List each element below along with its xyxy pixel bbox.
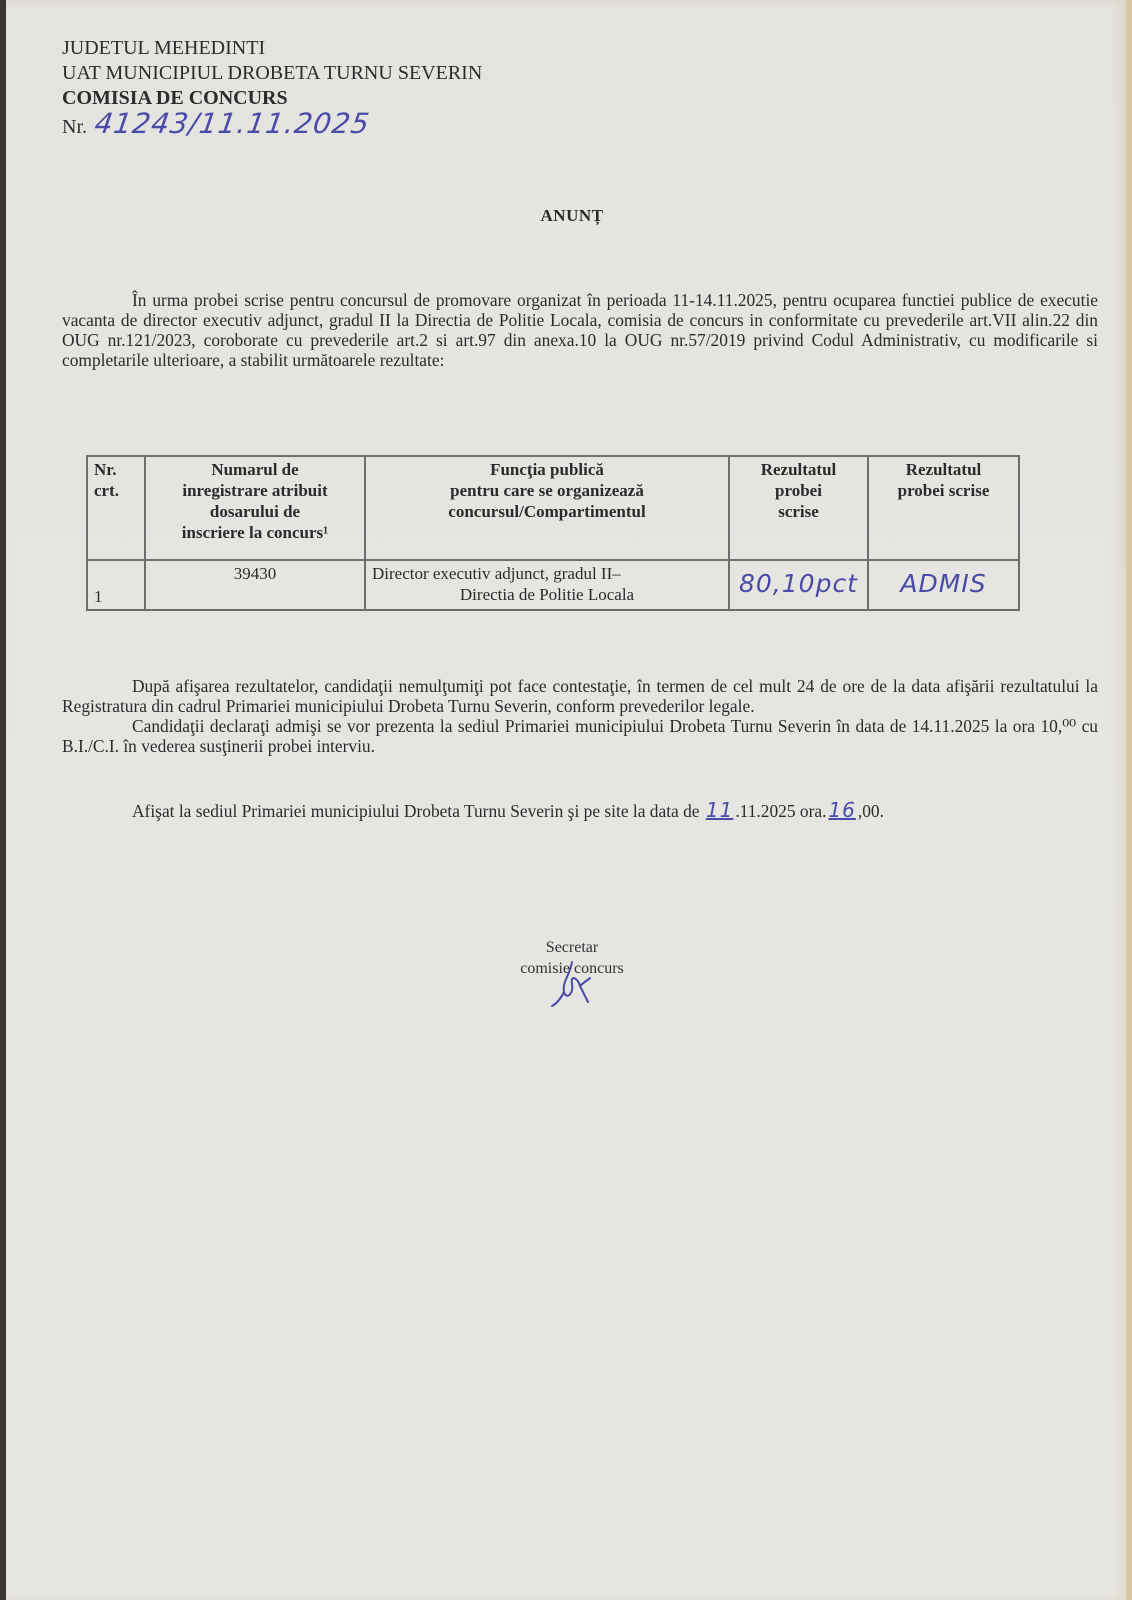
header-nr-crt: Nr. crt. <box>87 456 145 560</box>
nr-label: Nr. <box>62 115 87 140</box>
cell-result: ADMIS <box>868 560 1019 610</box>
interview-paragraph: Candidaţii declaraţi admişi se vor preze… <box>62 716 1098 756</box>
cell-score: 80,10pct <box>729 560 868 610</box>
table-header-row: Nr. crt. Numarul de inregistrare atribui… <box>87 456 1019 560</box>
document-title: ANUNȚ <box>6 206 1132 226</box>
table-row: 1 39430 Director executiv adjunct, gradu… <box>87 560 1019 610</box>
page-edge-right <box>1126 0 1132 1600</box>
contestation-paragraph: După afişarea rezultatelor, candidaţii n… <box>62 676 1098 716</box>
cell-function: Director executiv adjunct, gradul II– Di… <box>365 560 729 610</box>
header-written-result: Rezultatul probei scrise <box>868 456 1019 560</box>
page-edge-left <box>0 0 6 1600</box>
results-table: Nr. crt. Numarul de inregistrare atribui… <box>86 455 1020 611</box>
header-public-function: Funcţia publică pentru care se organizea… <box>365 456 729 560</box>
document-page: JUDETUL MEHEDINTI UAT MUNICIPIUL DROBETA… <box>6 0 1126 1600</box>
document-header: JUDETUL MEHEDINTI UAT MUNICIPIUL DROBETA… <box>62 36 482 140</box>
handwritten-hour: 16 <box>826 798 857 822</box>
county-line: JUDETUL MEHEDINTI <box>62 36 482 61</box>
header-written-score: Rezultatul probei scrise <box>729 456 868 560</box>
nr-handwritten-value: 41243/11.11.2025 <box>93 111 371 136</box>
cell-registration: 39430 <box>145 560 365 610</box>
handwritten-score: 80,10pct <box>739 569 858 598</box>
uat-line: UAT MUNICIPIUL DROBETA TURNU SEVERIN <box>62 61 482 86</box>
cell-nr: 1 <box>87 560 145 610</box>
intro-paragraph: În urma probei scrise pentru concursul d… <box>62 290 1098 370</box>
signature-title: Secretar <box>6 937 1132 958</box>
posted-paragraph: Afişat la sediul Primariei municipiului … <box>62 800 1098 821</box>
handwritten-day: 11 <box>704 798 735 822</box>
handwritten-result: ADMIS <box>900 569 986 598</box>
header-registration-number: Numarul de inregistrare atribuit dosarul… <box>145 456 365 560</box>
registration-number-line: Nr. 41243/11.11.2025 <box>62 111 482 140</box>
signature-scribble-icon <box>544 960 604 1010</box>
after-results-section: După afişarea rezultatelor, candidaţii n… <box>62 676 1098 756</box>
